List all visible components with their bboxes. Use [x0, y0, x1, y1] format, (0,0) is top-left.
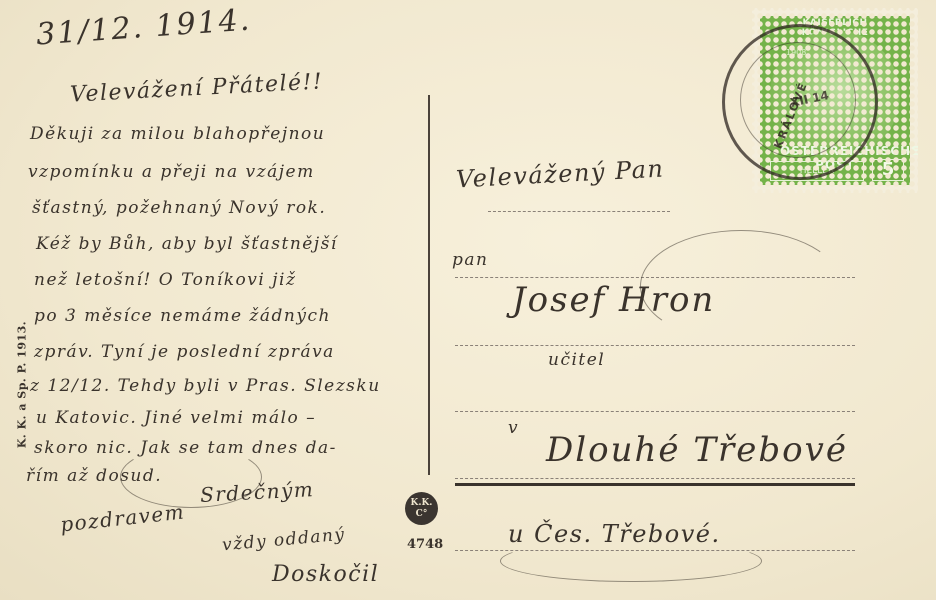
address-line-1: [488, 211, 670, 212]
serial-number: 4748: [407, 537, 443, 552]
message-salutation: Velevážení Přátelé!!: [70, 69, 324, 107]
message-closing-3: vždy oddaný: [221, 525, 346, 556]
district-flourish: [500, 540, 762, 582]
message-line: Děkuji za milou blahopřejnou: [30, 124, 325, 144]
address-town: Dlouhé Třebové: [546, 430, 848, 470]
message-line: než letošní! O Toníkovi již: [34, 270, 296, 290]
message-line: po 3 měsíce nemáme žádných: [34, 306, 331, 326]
message-signature: Doskočil: [272, 562, 379, 587]
address-line-3: [455, 345, 855, 346]
publisher-logo-line2: C°: [405, 509, 438, 520]
name-flourish: [640, 230, 842, 342]
divider-line: [428, 95, 430, 475]
printer-imprint: K. K. a Sp. P. 1913.: [16, 295, 29, 475]
address-prefix: v: [508, 418, 519, 438]
publisher-logo-line1: K.K.: [405, 498, 438, 509]
message-line: šťastný, požehnaný Nový rok.: [32, 198, 326, 218]
closing-flourish: [120, 446, 262, 508]
address-underline-bold: [455, 483, 855, 486]
message-date: 31/12. 1914.: [35, 3, 252, 53]
address-line-5: [455, 478, 855, 479]
message-line: vzpomínku a přeji na vzájem: [28, 162, 315, 182]
message-line: zpráv. Tyní je poslední zpráva: [34, 342, 335, 362]
address-salutation: Velevážený Pan: [455, 155, 665, 194]
address-line-4: [455, 411, 855, 412]
stamp-value: 5: [872, 159, 904, 181]
message-line: u Katovic. Jiné velmi málo –: [36, 408, 316, 428]
publisher-logo: K.K. C°: [405, 492, 438, 525]
address-occupation: učitel: [548, 350, 605, 370]
message-line: Kéž by Bůh, aby byl šťastnější: [36, 234, 338, 254]
address-title: pan: [452, 250, 488, 270]
message-line: z 12/12. Tehdy byli v Pras. Slezsku: [30, 376, 381, 396]
postcard-back: K. K. a Sp. P. 1913. 31/12. 1914. Velevá…: [0, 0, 936, 600]
